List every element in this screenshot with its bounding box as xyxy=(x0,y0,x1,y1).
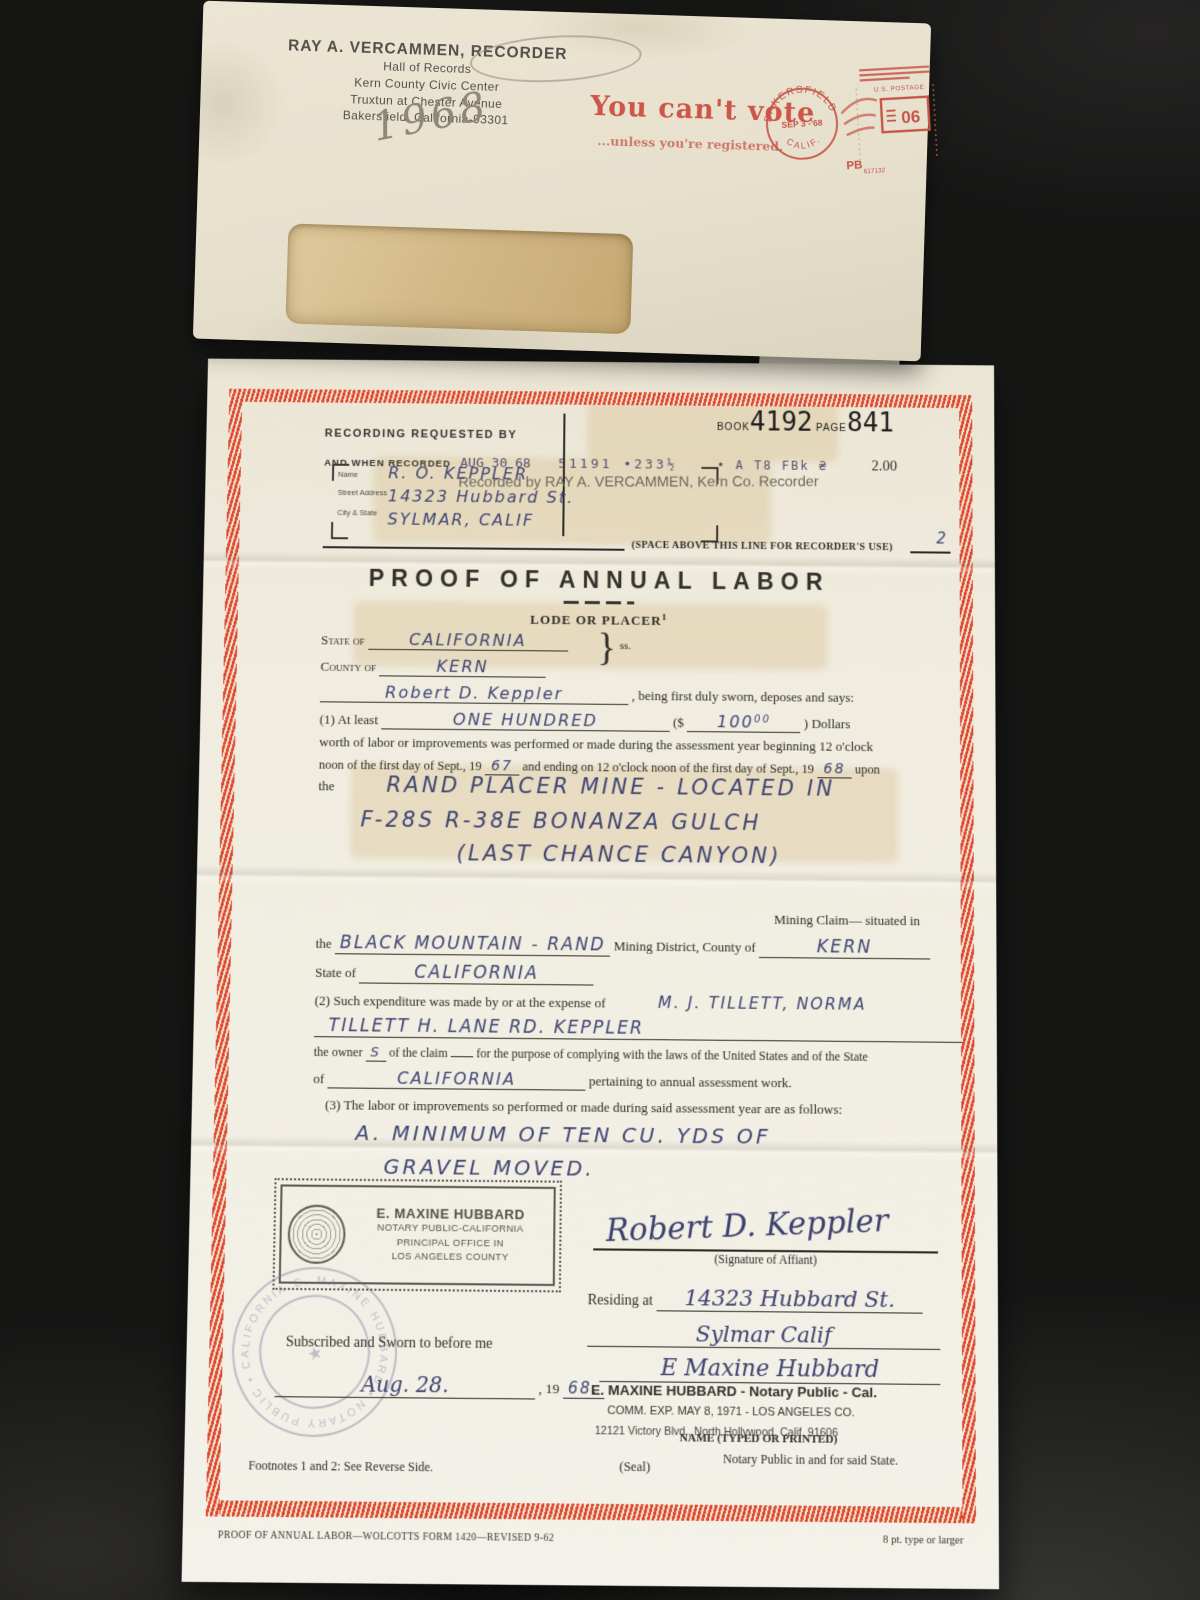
notary-signature-row: E Maxine Hubbard xyxy=(599,1354,940,1385)
title-rule xyxy=(564,601,635,605)
notary-caption: Notary Public in and for said State. xyxy=(723,1451,898,1469)
page-number: 841 xyxy=(847,408,894,438)
eagle-mark xyxy=(841,98,879,135)
envelope-window xyxy=(285,223,633,334)
owner-plural-blank: S xyxy=(365,1045,386,1062)
postage-meter-stamp: BAKERSFIELD CALIF. SEP 3 -'68 PB 617132 … xyxy=(757,56,944,188)
district-blank: BLACK MOUNTAIN - RAND xyxy=(335,932,610,956)
labor-line2: GRAVEL MOVED. xyxy=(383,1154,595,1181)
owner-state-blank: CALIFORNIA xyxy=(328,1068,586,1091)
mining-claim-note: Mining Claim— situated in xyxy=(774,912,920,930)
state-blank: CALIFORNIA xyxy=(368,630,568,652)
claim-plural-blank xyxy=(451,1056,474,1057)
addr-handwritten-city: SYLMAR, CALIF xyxy=(387,509,534,529)
county-row: County of KERN xyxy=(320,655,546,677)
notary-stamp-text: E. MAXINE HUBBARD NOTARY PUBLIC-CALIFORN… xyxy=(353,1205,547,1265)
county-label: County of xyxy=(320,659,376,675)
mine-description-line3: (LAST CHANCE CANYON) xyxy=(456,841,781,869)
recording-requested-label: RECORDING REQUESTED BY xyxy=(325,428,518,442)
space-above-note: (SPACE ABOVE THIS LINE FOR RECORDER'S US… xyxy=(632,540,893,553)
envelope: RAY A. VERCAMMEN, RECORDER Hall of Recor… xyxy=(193,1,931,362)
seal-note: (Seal) xyxy=(619,1459,650,1475)
district-county-blank: KERN xyxy=(759,936,930,959)
notary-name-line: E. MAXINE HUBBARD - Notary Public - Cal. xyxy=(591,1382,877,1401)
recorded-by-stamp: Recorded by RAY A. VERCAMMEN, Kern Co. R… xyxy=(458,474,818,491)
district-state-row: State of CALIFORNIA xyxy=(315,961,594,985)
document-paper: BOOK4192 PAGE841 RECORDING REQUESTED BY … xyxy=(182,359,1000,1590)
page-label: PAGE xyxy=(816,423,847,434)
svg-text:PB: PB xyxy=(846,159,863,172)
clause1-row: (1) At least ONE HUNDRED ($ 10000 ) Doll… xyxy=(319,708,850,733)
form-title: PROOF OF ANNUAL LABOR xyxy=(203,563,995,597)
book-page-stamp: BOOK4192 PAGE841 xyxy=(717,407,894,439)
entry-number-stamp: 51191 •233½ xyxy=(558,457,678,473)
clause2-row: (2) Such expenditure was made by or at t… xyxy=(314,990,915,1014)
form-footer-left: PROOF OF ANNUAL LABOR—WOLCOTTS FORM 1420… xyxy=(218,1530,554,1544)
sworn-date-row: Aug. 28. , 19 68. xyxy=(275,1371,605,1401)
svg-text:U.S. POSTAGE: U.S. POSTAGE xyxy=(874,84,925,94)
margin-handwritten-number: 2 xyxy=(936,529,948,547)
recorder-line xyxy=(323,546,625,550)
fee-stamp: 2.00 xyxy=(872,458,897,474)
photo-backdrop: RAY A. VERCAMMEN, RECORDER Hall of Recor… xyxy=(0,0,1200,1600)
owner-state-row: of CALIFORNIA pertaining to annual asses… xyxy=(313,1067,792,1092)
amount-blank: ONE HUNDRED xyxy=(381,709,670,732)
pencil-circle-mark xyxy=(469,31,643,87)
svg-text:SEP 3 -'68: SEP 3 -'68 xyxy=(781,118,823,130)
owner-row: the owner S of the claim for the purpose… xyxy=(314,1044,868,1066)
postmark-slogan-sub: ...unless you're registered. xyxy=(597,133,784,154)
residing-row: Residing at 14323 Hubbard St. xyxy=(588,1284,923,1313)
district-state-blank: CALIFORNIA xyxy=(359,962,594,986)
sworn-text: , being first duly sworn, deposes and sa… xyxy=(632,688,854,705)
expense-blank-2: TILLETT H. LANE RD. KEPPLER xyxy=(314,1015,962,1043)
affiant-blank: Robert D. Keppler xyxy=(320,682,629,705)
ss-label: ss. xyxy=(620,640,632,652)
affiant-row: Robert D. Keppler , being first duly swo… xyxy=(320,682,854,707)
mine-description-line2: F-28S R-38E BONANZA GULCH xyxy=(360,807,761,835)
district-row: the BLACK MOUNTAIN - RAND Mining Distric… xyxy=(315,932,930,959)
signature-caption: (Signature of Affiant) xyxy=(593,1253,938,1269)
residing-blank: 14323 Hubbard St. xyxy=(657,1285,923,1314)
addr-label-city: City & State xyxy=(337,508,377,517)
book-label: BOOK xyxy=(717,422,750,433)
state-row: State of CALIFORNIA xyxy=(321,629,568,651)
mine-description-line1: RAND PLACER MINE - LOCATED IN xyxy=(386,772,835,801)
subscribed-row: Subscribed and Sworn to before me xyxy=(286,1335,493,1354)
recorder-line-end xyxy=(910,551,950,553)
expense-blank: M. J. TILLETT, NORMA xyxy=(609,993,915,1014)
notary-signature-blank: E Maxine Hubbard xyxy=(599,1354,940,1385)
red-border-bottom xyxy=(206,1500,976,1523)
svg-text:617132: 617132 xyxy=(864,167,886,175)
footnote-ref: 1 xyxy=(662,612,668,622)
clause2-hand-row: TILLETT H. LANE RD. KEPPLER xyxy=(314,1015,962,1043)
affiant-signature: Robert D. Keppler xyxy=(605,1202,889,1249)
svg-text:06: 06 xyxy=(901,107,921,127)
ss-brace: } xyxy=(597,625,616,670)
svg-text:CALIF.: CALIF. xyxy=(784,134,823,152)
book-number: 4192 xyxy=(750,407,813,438)
labor-line1: A. MINIMUM OF TEN CU. YDS OF xyxy=(355,1120,771,1149)
addr-label-street: Street Address xyxy=(338,488,388,497)
svg-text:BAKERSFIELD: BAKERSFIELD xyxy=(761,83,839,124)
state-label: State of xyxy=(321,632,365,648)
footnotes-note: Footnotes 1 and 2: See Reverse Side. xyxy=(248,1458,433,1476)
notary-commission-line: COMM. EXP. MAY 8, 1971 - LOS ANGELES CO. xyxy=(607,1404,854,1419)
clause1-line2: worth of labor or improvements was perfo… xyxy=(319,734,873,755)
residing-city-blank: Sylmar Calif xyxy=(587,1320,940,1350)
clause1-line4: the xyxy=(318,778,334,795)
amount-figure-blank: 10000 xyxy=(687,712,800,733)
clerk-code-stamp: • A T8 FBk ₴ xyxy=(717,458,828,473)
form-footer-right: 8 pt. type or larger xyxy=(883,1534,964,1547)
clause3-row: (3) The labor or improvements so perform… xyxy=(325,1097,842,1118)
bracket-corner xyxy=(331,522,348,539)
sworn-date-blank: Aug. 28. xyxy=(275,1371,536,1400)
county-blank: KERN xyxy=(379,656,546,678)
name-typed-caption: NAME (TYPED OR PRINTED) xyxy=(680,1432,838,1446)
addr-label-name: Name xyxy=(338,470,358,479)
fold-crease xyxy=(197,865,997,891)
residing-city-row: Sylmar Calif xyxy=(587,1320,940,1350)
